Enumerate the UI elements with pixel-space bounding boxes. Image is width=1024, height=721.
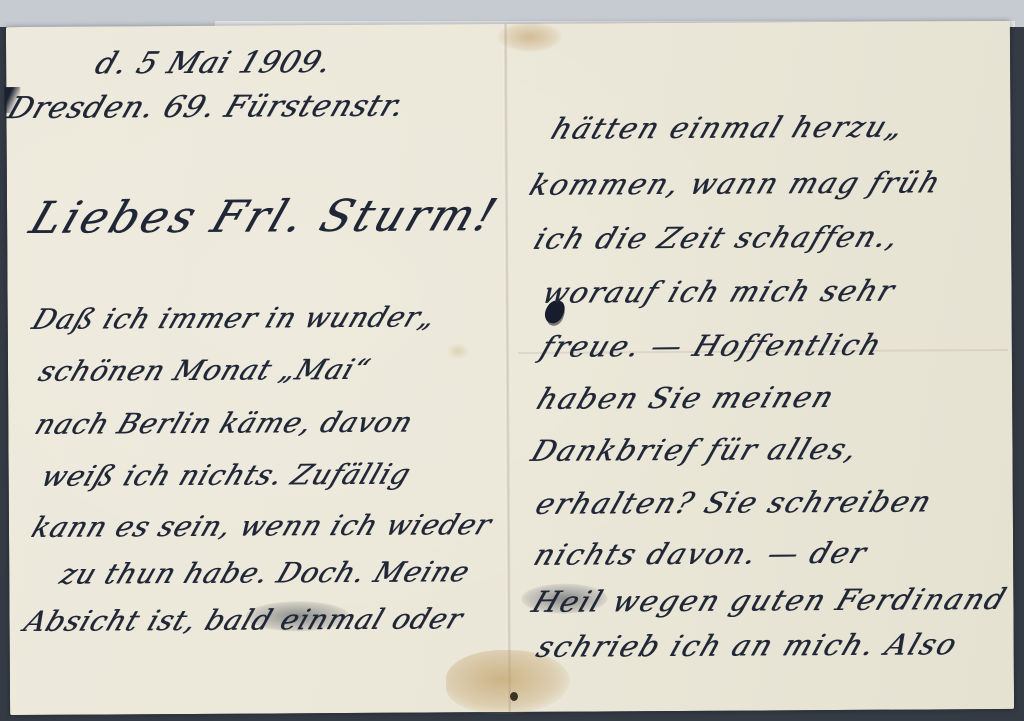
handwriting-line: kann es sein, wenn ich wieder xyxy=(27,508,496,544)
handwriting-line: freue. — Hoffentlich xyxy=(536,328,888,364)
salutation-line: Liebes Frl. Sturm! xyxy=(23,190,506,244)
handwriting-line: schrieb ich an mich. Also xyxy=(532,627,963,664)
handwriting-line: nach Berlin käme, davon xyxy=(30,406,417,441)
handwriting-line: haben Sie meinen xyxy=(532,380,840,416)
handwriting-line: erhalten? Sie schreiben xyxy=(531,484,938,520)
handwriting-line: nichts davon. — der xyxy=(529,536,872,572)
stain-dark-speck xyxy=(510,692,518,701)
address-line: Dresden. 69. Fürstenstr. xyxy=(3,89,411,126)
handwriting-line: Heil wegen guten Ferdinand xyxy=(528,582,1013,619)
stain-small-left-page xyxy=(446,342,470,360)
handwriting-line: hätten einmal herzu„ xyxy=(547,110,911,146)
handwriting-line: ich die Zeit schaffen., xyxy=(529,220,905,256)
letter-sheet: d. 5 Mai 1909. Dresden. 69. Fürstenstr. … xyxy=(6,21,1014,715)
fold-crease-vertical xyxy=(503,24,511,712)
handwriting-line: worauf ich mich sehr xyxy=(538,274,901,310)
handwriting-line: Absicht ist, bald einmal oder xyxy=(20,602,468,638)
handwriting-line: weiß ich nichts. Zufällig xyxy=(37,458,416,493)
handwriting-line: Dankbrief für alles, xyxy=(527,432,864,468)
stain-top-center xyxy=(498,22,562,52)
date-line: d. 5 Mai 1909. xyxy=(90,45,337,82)
handwriting-line: Daß ich immer in wunder„ xyxy=(28,300,441,336)
handwriting-line: kommen, wann mag früh xyxy=(525,165,947,202)
handwriting-line: zu thun habe. Doch. Meine xyxy=(55,555,474,591)
handwriting-line: schönen Monat „Mai“ xyxy=(34,353,375,388)
